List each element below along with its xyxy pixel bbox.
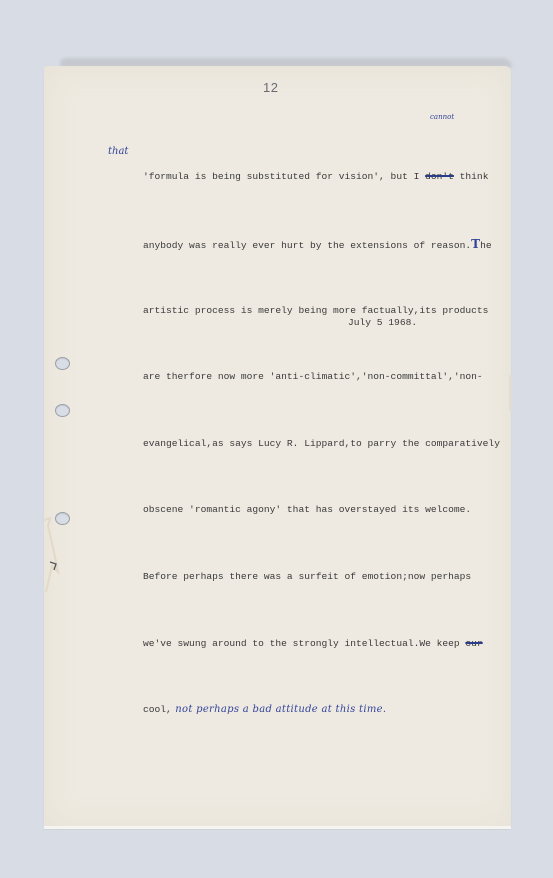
- text-line-3: artistic process is merely being more fa…: [143, 300, 513, 322]
- paper-bottom-edge: [44, 826, 511, 830]
- text-line-7: Before perhaps there was a surfeit of em…: [143, 566, 513, 588]
- text-line-9: cool, not perhaps a bad attitude at this…: [143, 699, 513, 721]
- page-number: 12: [263, 80, 278, 95]
- struck-word-dont: don't: [425, 171, 454, 182]
- scanned-document-viewer: 12 cannot that 'formula is being substit…: [0, 0, 553, 878]
- torn-edge: [44, 512, 62, 592]
- handwritten-insertion-cannot: cannot: [430, 113, 454, 121]
- text-line-4: are therfore now more 'anti-climatic','n…: [143, 366, 513, 388]
- text-line-1: 'formula is being substituted for vision…: [143, 166, 513, 188]
- handwritten-capital-t: T: [471, 237, 480, 251]
- punch-hole-2: [55, 404, 70, 417]
- text-line-5: evangelical,as says Lucy R. Lippard,to p…: [143, 433, 513, 455]
- handwritten-margin-note: that: [108, 146, 128, 157]
- punch-hole-1: [55, 357, 70, 370]
- text-line-8: we've swung around to the strongly intel…: [143, 633, 513, 655]
- text-line-2: anybody was really ever hurt by the exte…: [143, 233, 513, 255]
- document-date: July 5 1968.: [348, 317, 417, 328]
- text-line-6: obscene 'romantic agony' that has overst…: [143, 499, 513, 521]
- typewritten-body: 'formula is being substituted for vision…: [143, 122, 513, 766]
- struck-word-our: our: [465, 638, 482, 649]
- handwritten-line-addition: not perhaps a bad attitude at this time.: [172, 704, 387, 715]
